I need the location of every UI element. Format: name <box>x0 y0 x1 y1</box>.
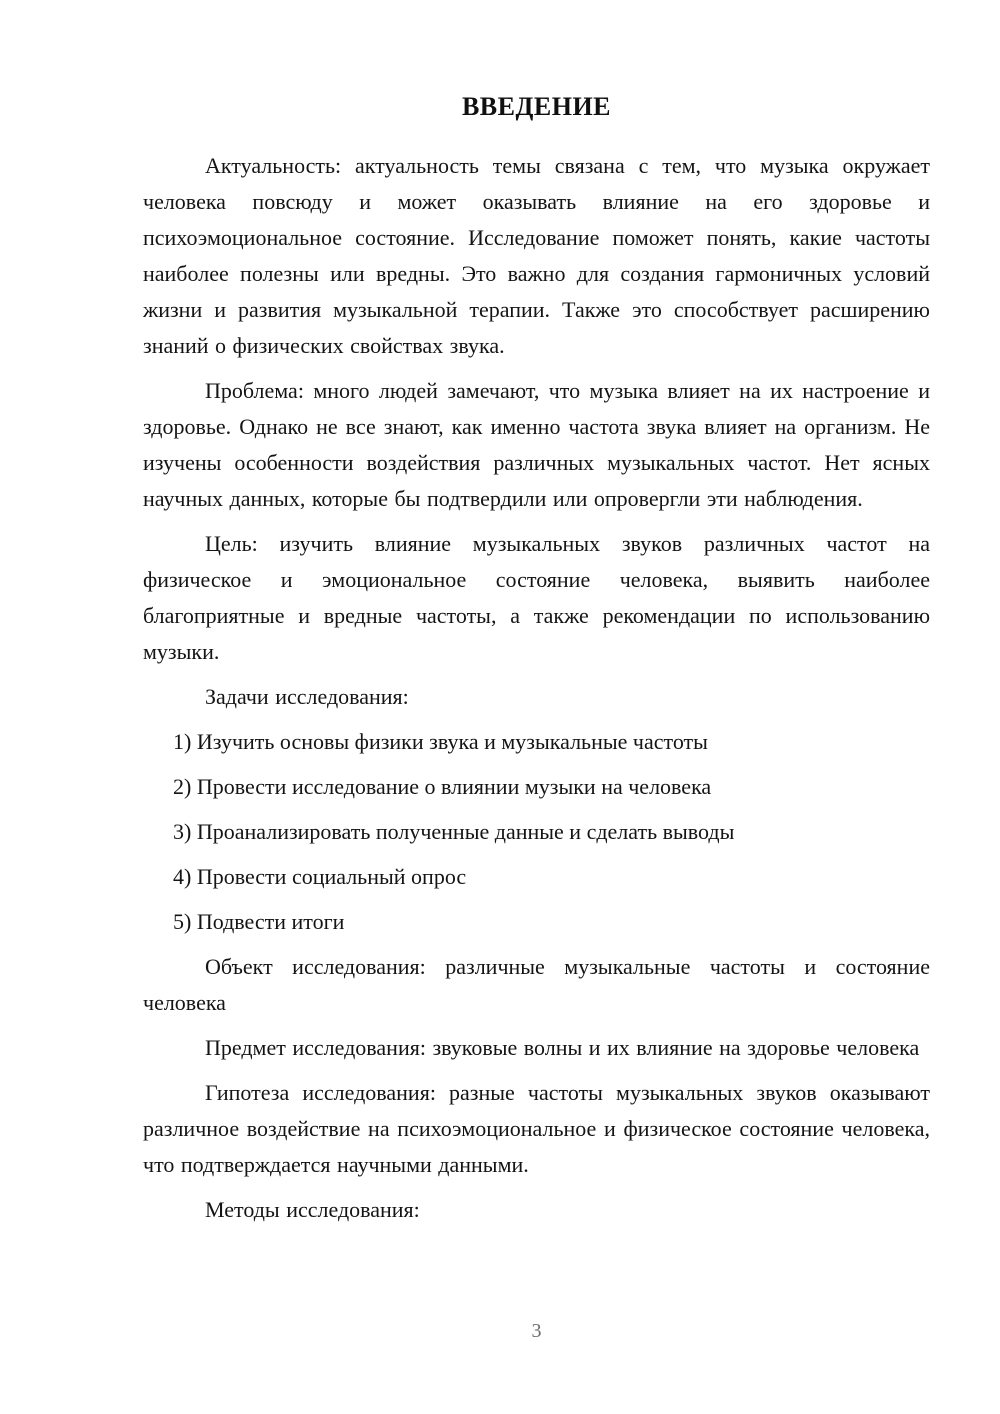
page-number: 3 <box>143 1320 930 1343</box>
paragraph-gipoteza: Гипотеза исследования: разные частоты му… <box>143 1075 930 1183</box>
task-item-4: 4) Провести социальный опрос <box>143 859 930 895</box>
page-title: ВВЕДЕНИЕ <box>143 92 930 122</box>
tasks-list: 1) Изучить основы физики звука и музыкал… <box>143 724 930 940</box>
paragraph-obekt: Объект исследования: различные музыкальн… <box>143 949 930 1021</box>
paragraph-zadachi-heading: Задачи исследования: <box>143 679 930 715</box>
document-page: ВВЕДЕНИЕ Актуальность: актуальность темы… <box>0 0 1000 1414</box>
paragraph-predmet: Предмет исследования: звуковые волны и и… <box>143 1030 930 1066</box>
task-item-1: 1) Изучить основы физики звука и музыкал… <box>143 724 930 760</box>
paragraph-aktualnost: Актуальность: актуальность темы связана … <box>143 148 930 364</box>
task-item-5: 5) Подвести итоги <box>143 904 930 940</box>
task-item-2: 2) Провести исследование о влиянии музык… <box>143 769 930 805</box>
paragraph-problema: Проблема: много людей замечают, что музы… <box>143 373 930 517</box>
task-item-3: 3) Проанализировать полученные данные и … <box>143 814 930 850</box>
paragraph-tsel: Цель: изучить влияние музыкальных звуков… <box>143 526 930 670</box>
paragraph-metody-heading: Методы исследования: <box>143 1192 930 1228</box>
